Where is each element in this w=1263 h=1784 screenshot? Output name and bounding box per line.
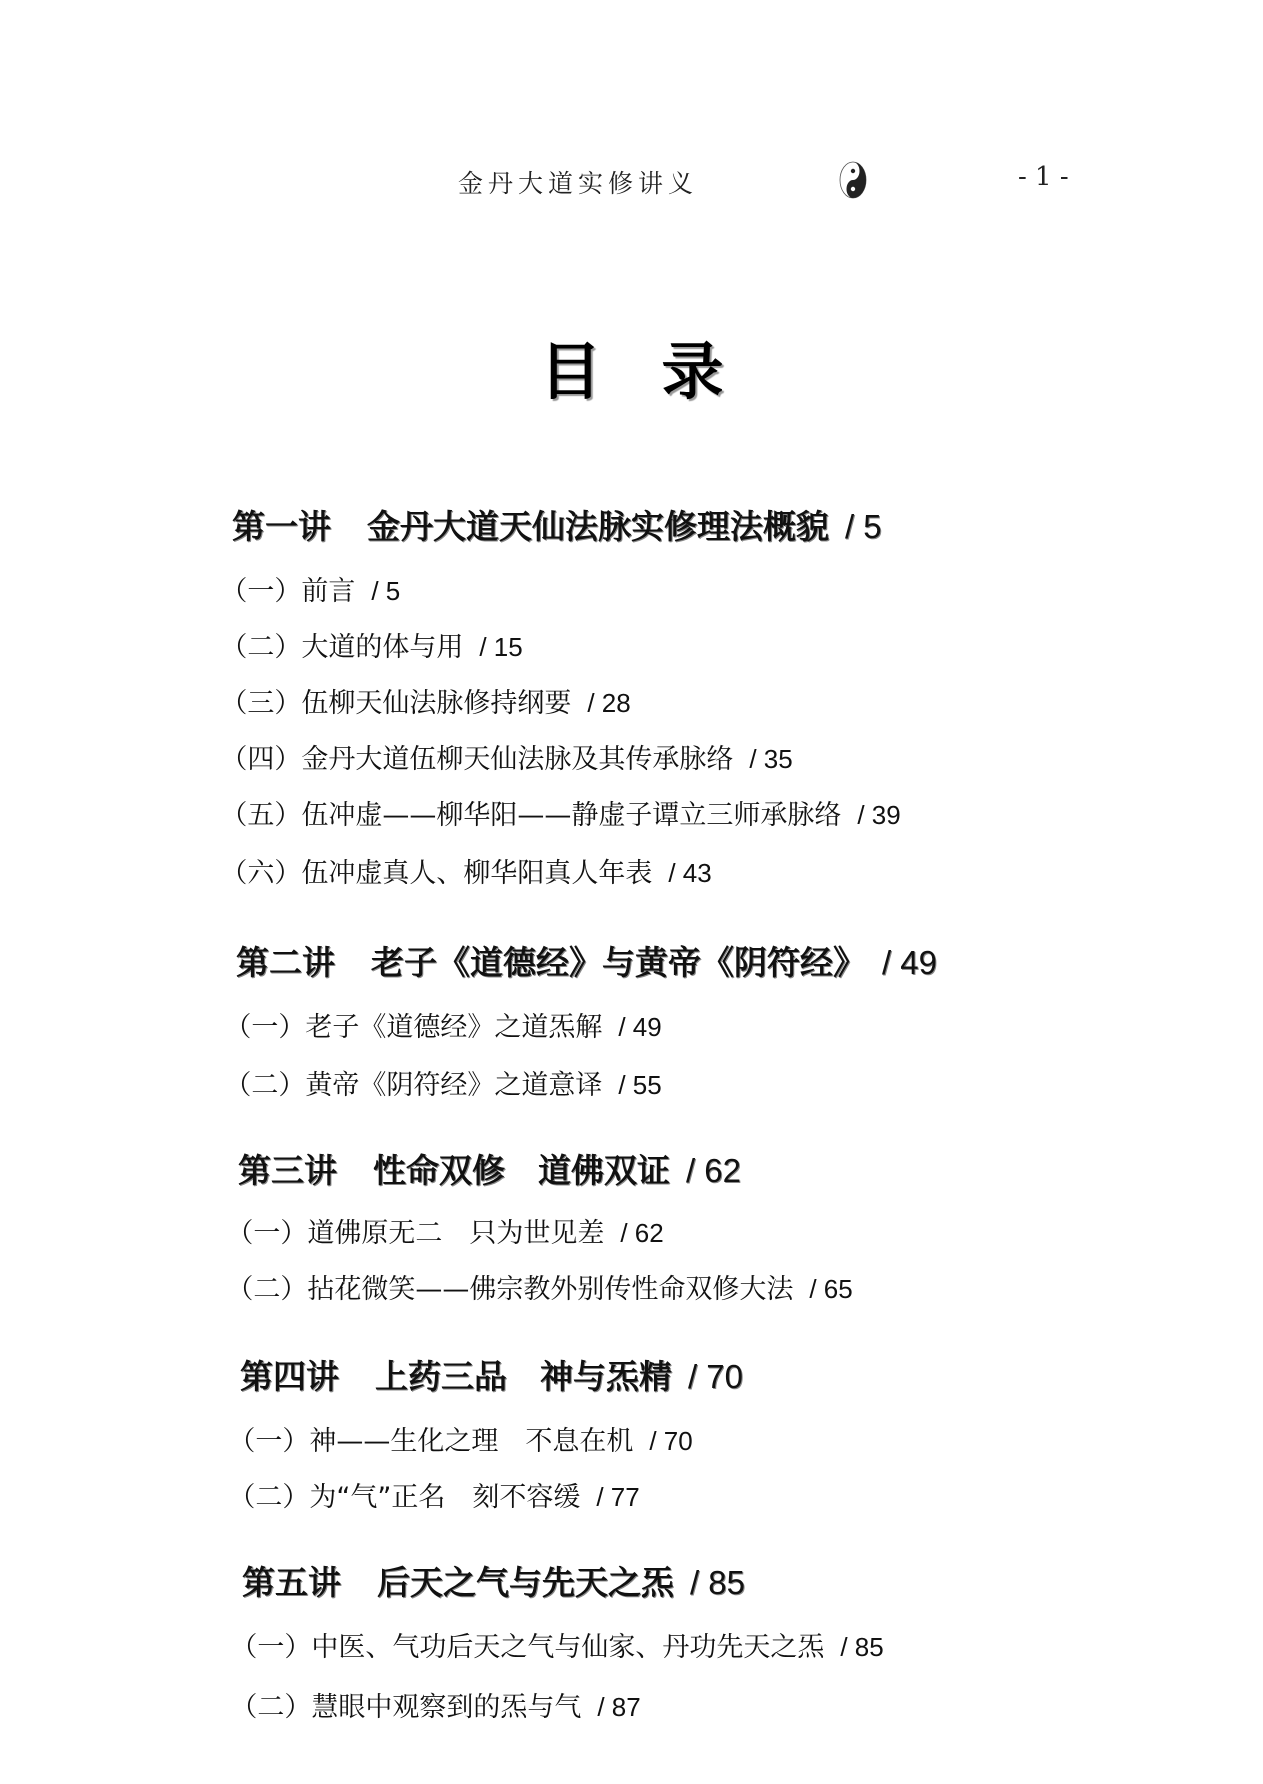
section-title: 拈花微笑——佛宗教外别传性命双修大法 (307, 1274, 793, 1305)
chapter-title: 金丹大道天仙法脉实修理法概貌 (367, 507, 829, 546)
section-title: 慧眼中观察到的炁与气 (311, 1692, 581, 1723)
chapter-page: / 70 (688, 1358, 743, 1395)
book-title: 金丹大道实修讲义 (458, 164, 698, 200)
section-title: 伍冲虚真人、柳华阳真人年表 (301, 858, 652, 889)
section-title: 黄帝《阴符经》之道意译 (305, 1070, 602, 1101)
page-number: - 1 - (1018, 162, 1069, 192)
section-label: （二） (230, 1692, 311, 1723)
section-page: / 70 (649, 1426, 692, 1456)
section-page: / 87 (597, 1692, 640, 1722)
section-label: （二） (226, 1274, 307, 1305)
toc-section[interactable]: （二）慧眼中观察到的炁与气/ 87 (196, 1654, 641, 1755)
section-page: / 55 (618, 1070, 661, 1100)
section-page: / 39 (857, 800, 900, 830)
running-header: 金丹大道实修讲义 - 1 - (0, 160, 1263, 200)
section-page: / 43 (668, 858, 711, 888)
section-title: 为“气”正名 刻不容缓 (309, 1482, 580, 1513)
chapter-page: / 62 (686, 1152, 741, 1189)
section-label: （二） (228, 1482, 309, 1513)
chapter-page: / 49 (882, 944, 937, 981)
section-page: / 85 (840, 1632, 883, 1662)
section-page: / 77 (596, 1482, 639, 1512)
toc-title: 目录 (0, 322, 1263, 411)
section-page: / 65 (809, 1274, 852, 1304)
chapter-page: / 5 (845, 508, 882, 545)
section-label: （六） (220, 858, 301, 889)
section-label: （二） (224, 1070, 305, 1101)
taiji-yin-yang-icon (838, 160, 868, 200)
